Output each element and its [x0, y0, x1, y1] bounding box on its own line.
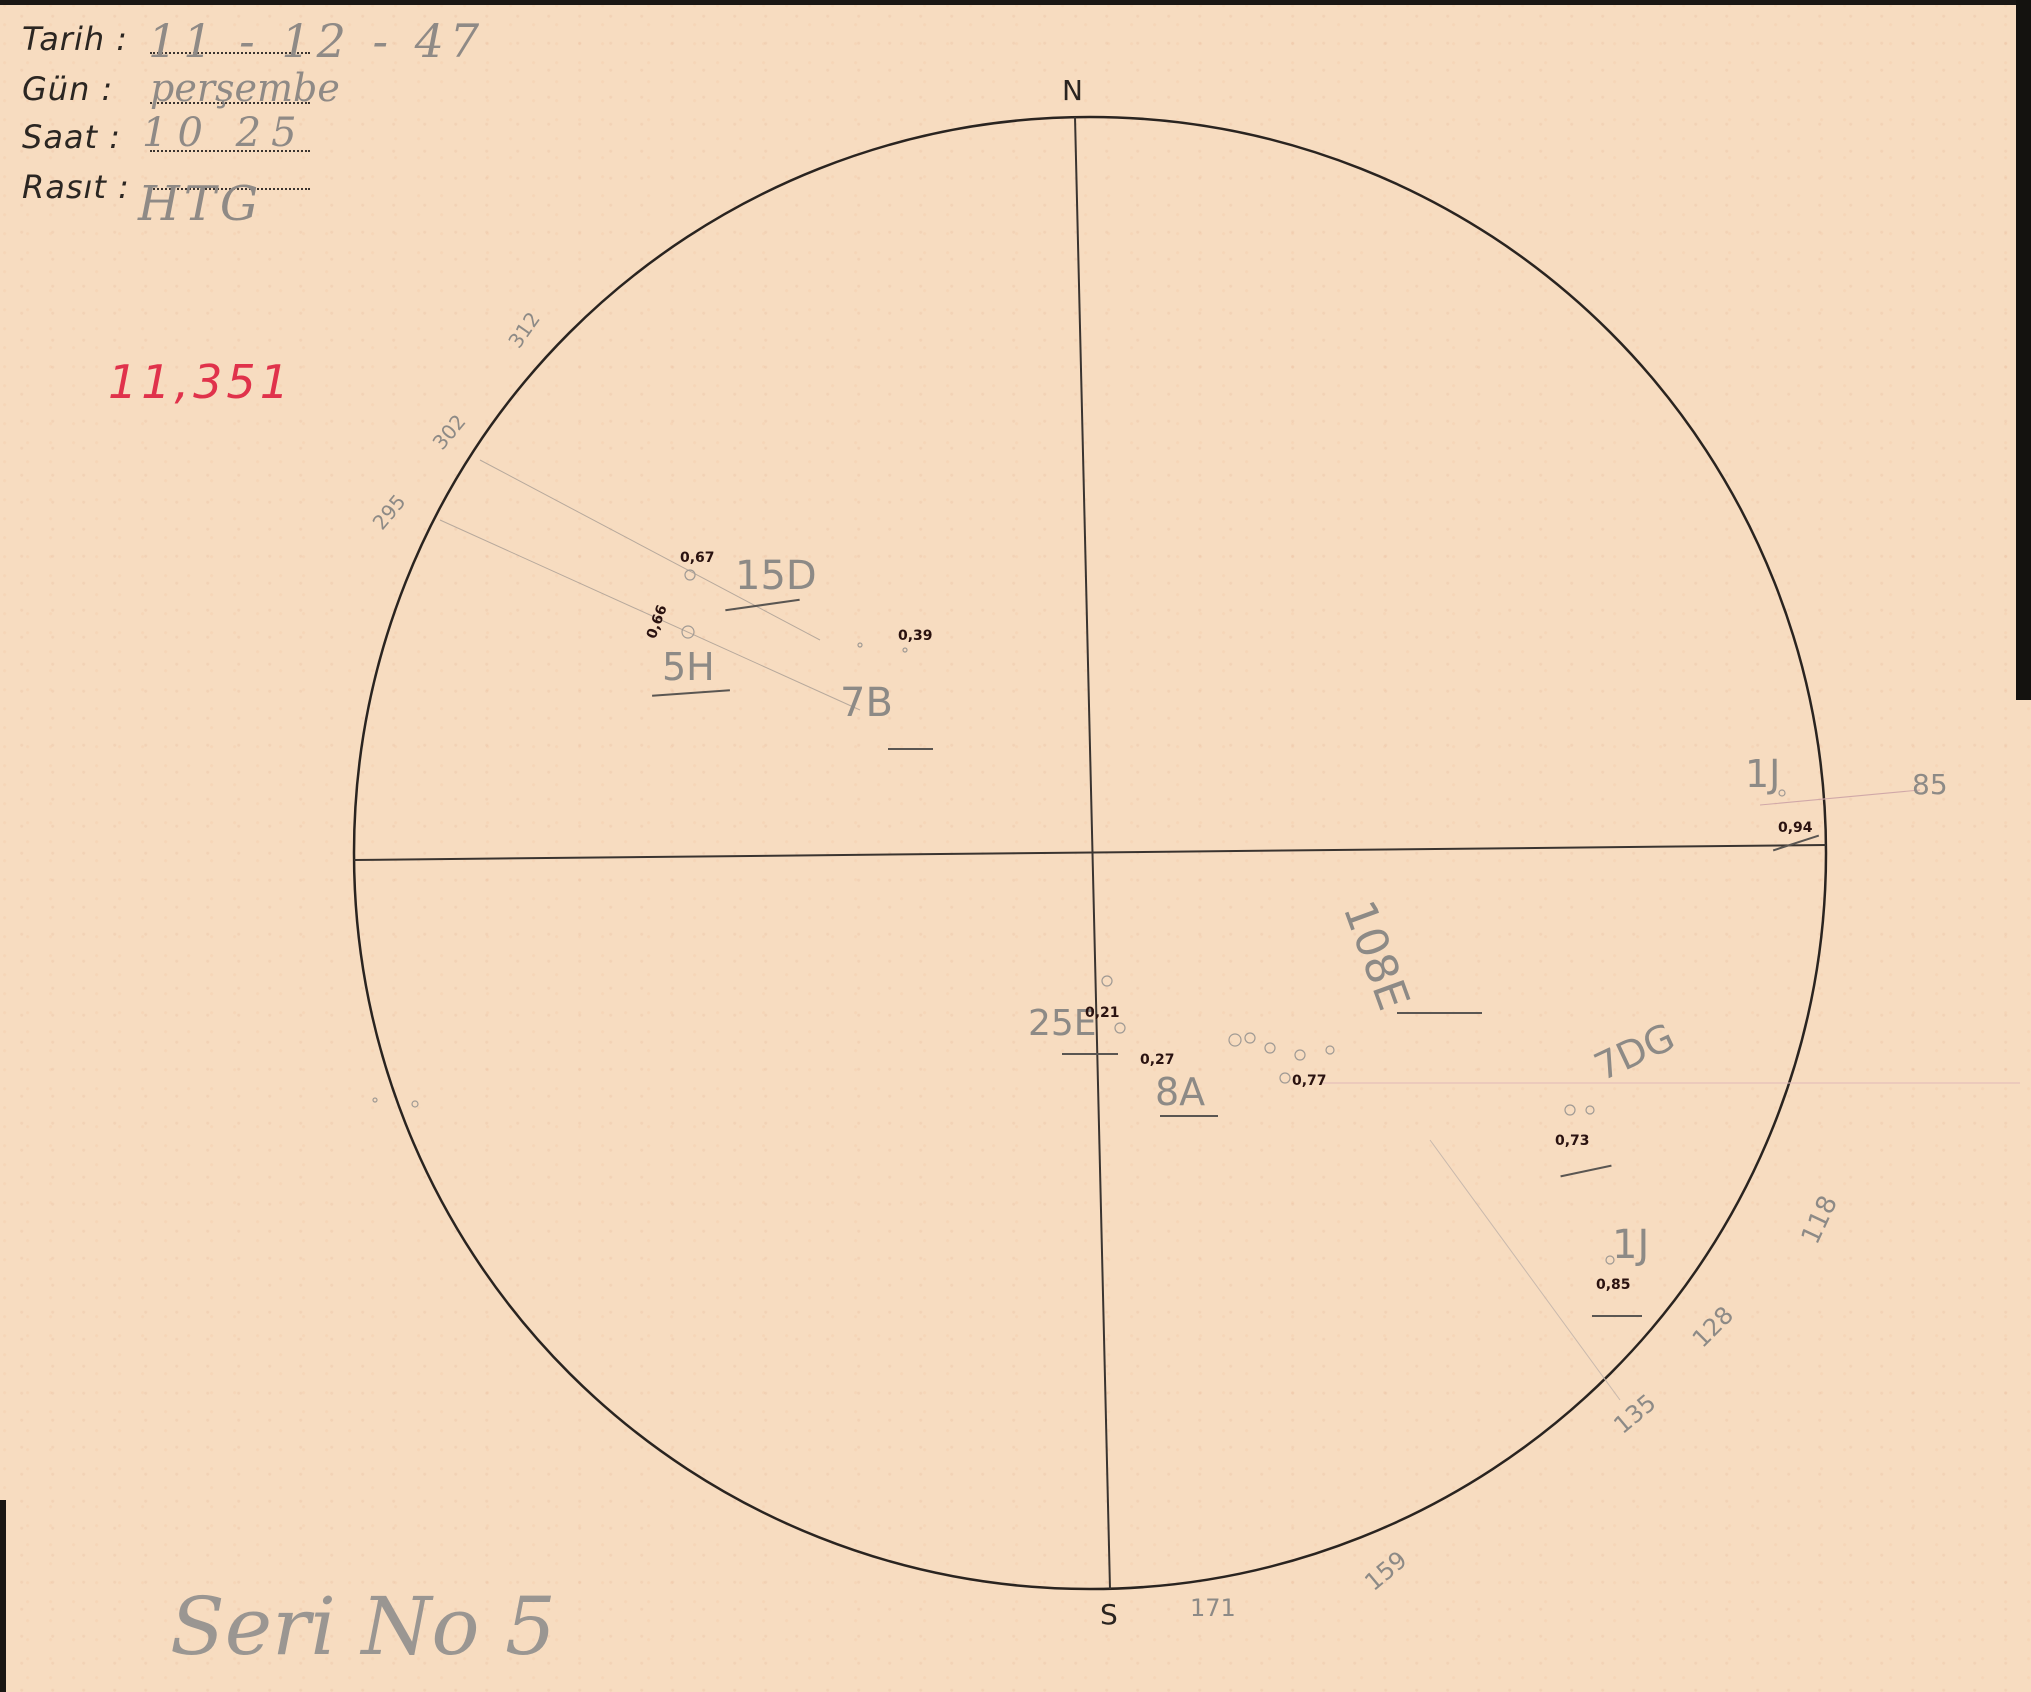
group-underline	[1062, 1053, 1118, 1055]
group-label-5H: 5H	[662, 645, 715, 689]
group-distance-25E: 0,21	[1085, 1005, 1120, 1021]
group-distance-7B: 0,39	[898, 628, 933, 644]
guide-line	[480, 460, 820, 640]
group-distance-8A: 0,27	[1140, 1052, 1175, 1068]
solar-disk	[0, 0, 2031, 1692]
east-west-axis	[354, 845, 1826, 860]
limb-longitude: 85	[1912, 768, 1948, 801]
series-note: Seri No 5	[170, 1580, 556, 1673]
group-distance-1J-limb: 0,94	[1778, 820, 1813, 836]
guide-line	[1430, 1140, 1620, 1400]
group-underline	[888, 748, 933, 750]
south-label: S	[1100, 1598, 1118, 1631]
spot-sketches	[373, 570, 1785, 1264]
group-label-7B: 7B	[840, 680, 893, 726]
group-distance-108E: 0,77	[1292, 1073, 1327, 1089]
group-distance-1J: 0,85	[1596, 1277, 1631, 1293]
guide-line	[1760, 790, 1920, 805]
group-underline	[1592, 1315, 1642, 1317]
group-distance-15D: 0,67	[680, 550, 715, 566]
limb-longitude: 171	[1190, 1594, 1236, 1622]
group-distance-7DG: 0,73	[1555, 1133, 1590, 1149]
group-label-15D: 15D	[735, 553, 817, 599]
group-underline	[1160, 1115, 1218, 1117]
group-label-8A: 8A	[1155, 1070, 1205, 1114]
group-underline	[1397, 1012, 1482, 1014]
north-label: N	[1062, 74, 1083, 107]
group-label-1J-limb: 1J	[1745, 752, 1780, 796]
group-label-1J: 1J	[1612, 1222, 1649, 1268]
